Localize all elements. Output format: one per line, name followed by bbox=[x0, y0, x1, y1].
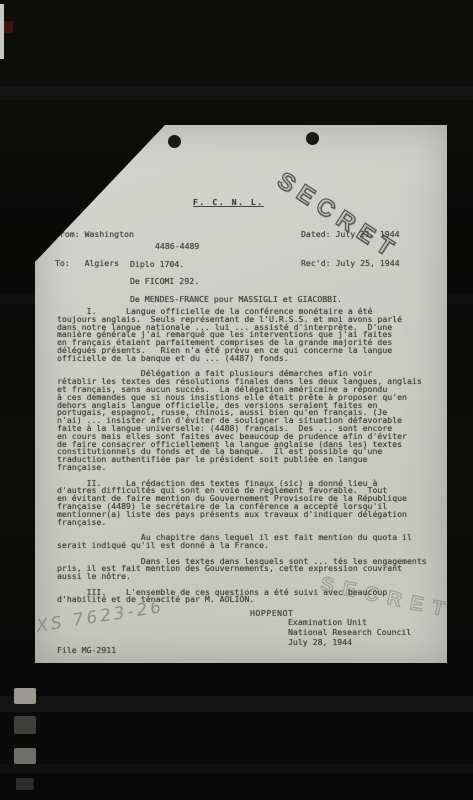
punch-hole bbox=[306, 132, 319, 145]
paragraph: Délégation a fait plusieurs démarches af… bbox=[57, 370, 445, 471]
message-serial: 4486-4489 bbox=[155, 241, 199, 251]
film-streak bbox=[0, 764, 473, 774]
film-red-mark bbox=[4, 21, 13, 33]
signature-block-line: July 28, 1944 bbox=[288, 638, 411, 648]
de-mendes-france-line: De MENDES-FRANCE pour MASSIGLI et GIACOB… bbox=[130, 294, 342, 304]
punch-hole bbox=[168, 135, 181, 148]
text-line: officielle de la banque et du ... (4487)… bbox=[57, 355, 445, 363]
paragraph: I. Langue officielle de la conférence mo… bbox=[57, 308, 445, 363]
signature-block: Examination UnitNational Research Counci… bbox=[288, 618, 411, 647]
paragraph: Dans les textes dans lesquels sont ... t… bbox=[57, 558, 445, 581]
text-line: française. bbox=[57, 464, 445, 472]
diplo-number: Diplo 1704. bbox=[130, 259, 184, 269]
dated-line: Dated: July 21, 1944 bbox=[301, 230, 400, 240]
film-streak bbox=[0, 86, 473, 100]
file-number: File MG-2911 bbox=[57, 645, 116, 655]
de-ficomi-line: De FICOMI 292. bbox=[130, 276, 199, 286]
paragraph: II. La rédaction des textes finaux (sic)… bbox=[57, 480, 445, 527]
document-page: SECRET F. C. N. L. From: Washington To: … bbox=[35, 125, 447, 663]
signature-name: HOPPENOT bbox=[250, 608, 293, 618]
paragraph: Au chapitre dans lequel il est fait ment… bbox=[57, 534, 445, 550]
from-line: From: Washington bbox=[55, 230, 134, 240]
film-sprocket-mark bbox=[14, 716, 36, 734]
received-line: Rec'd: July 25, 1944 bbox=[301, 259, 400, 269]
text-line: aussi le nôtre. bbox=[57, 573, 445, 581]
to-line: To: Algiers bbox=[55, 259, 134, 269]
film-streak bbox=[0, 696, 473, 712]
microfilm-frame: SECRET F. C. N. L. From: Washington To: … bbox=[0, 0, 473, 800]
text-line: traduction authentifiée par le président… bbox=[57, 456, 445, 464]
dates-block: Dated: July 21, 1944 Rec'd: July 25, 194… bbox=[301, 211, 400, 288]
org-heading: F. C. N. L. bbox=[193, 197, 264, 207]
text-line: mentionner(a) liste des pays présents au… bbox=[57, 511, 445, 519]
film-sprocket-mark bbox=[14, 688, 36, 704]
text-line: serait indiqué qu'il est donné à la Fran… bbox=[57, 542, 445, 550]
film-sprocket-mark bbox=[16, 778, 34, 790]
film-sprocket-mark bbox=[14, 748, 36, 764]
from-to-block: From: Washington To: Algiers bbox=[55, 211, 134, 288]
body-text: I. Langue officielle de la conférence mo… bbox=[57, 308, 445, 604]
text-line: française. bbox=[57, 519, 445, 527]
